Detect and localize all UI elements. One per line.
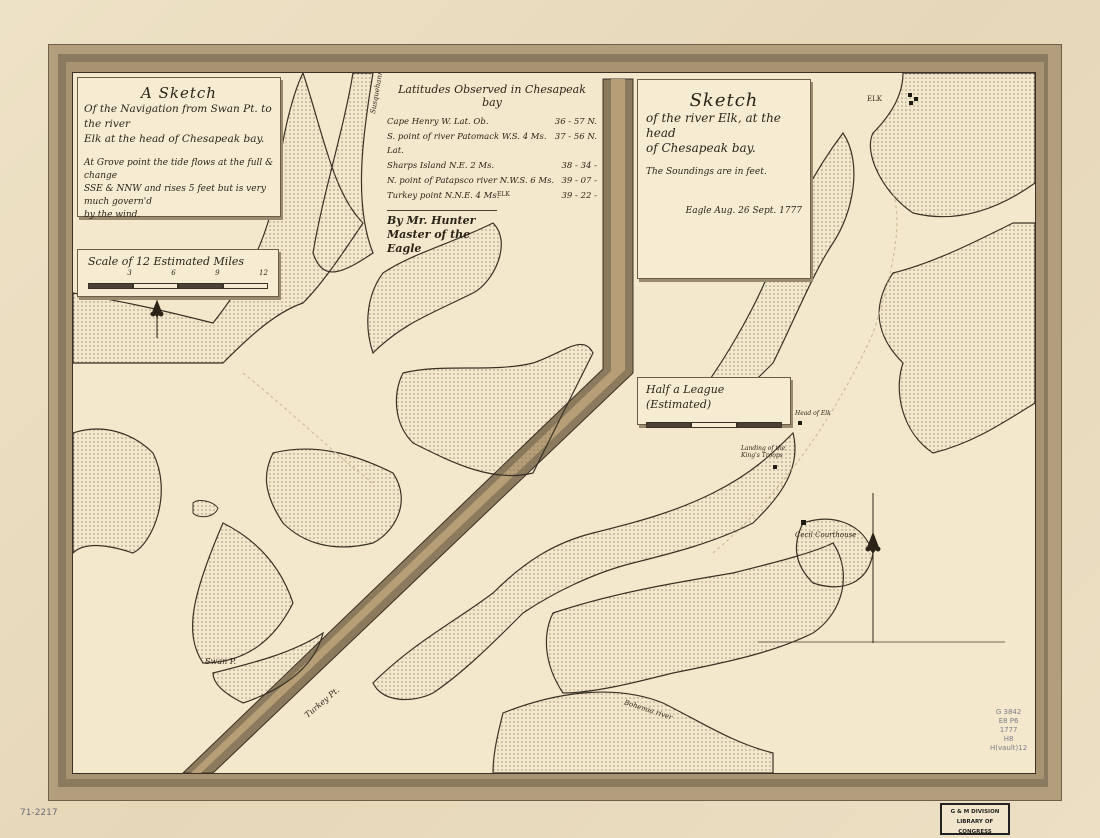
signature-2: Master of the Eagle [387, 228, 497, 256]
left-title: A Sketch [84, 84, 274, 102]
tide-note-2: SSE & NNW and rises 5 feet but is very m… [84, 183, 274, 209]
latitudes-title: Latitudes Observed in Chesapeak bay [387, 83, 597, 109]
tide-note-3: by the wind. [84, 209, 274, 222]
left-title-cartouche: A Sketch Of the Navigation from Swan Pt.… [77, 77, 281, 217]
left-subtitle-2: Elk at the head of Chesapeak bay. [84, 132, 274, 147]
library-stamp: G & M DIVISION LIBRARY OF CONGRESS [940, 803, 1010, 835]
call-number: 71-2217 [20, 808, 58, 818]
date-note: Eagle Aug. 26 Sept. 1777 [646, 205, 802, 218]
scale-ticks: 3 6 9 12 [88, 269, 268, 277]
left-scale-cartouche: Scale of 12 Estimated Miles 3 6 9 12 [77, 249, 279, 297]
label-cecil-courthouse: Cecil Courthouse [795, 531, 856, 539]
right-subtitle-1: of the river Elk, at the head [646, 111, 802, 141]
latitude-row: Turkey point N.N.E. 4 Ms.39 - 22 - [387, 189, 597, 204]
scale-bar [88, 283, 268, 288]
latitude-row: N. point of Patapsco river N.W.S. 6 Ms.3… [387, 174, 597, 189]
left-scale-title: Scale of 12 Estimated Miles [88, 254, 268, 269]
latitude-row: Cape Henry W. Lat. Ob.36 - 57 N. [387, 115, 597, 130]
latitudes-table: Latitudes Observed in Chesapeak bay Cape… [387, 83, 597, 256]
signature-1: By Mr. Hunter [387, 210, 497, 228]
map-area: A Sketch Of the Navigation from Swan Pt.… [72, 72, 1036, 774]
tide-note-1: At Grove point the tide flows at the ful… [84, 157, 274, 183]
pencil-catalog-notes: G 3842 E8 P6 1777 H8 H(vault)12 [990, 708, 1027, 753]
right-scale-title: Half a League (Estimated) [646, 382, 782, 412]
left-subtitle-1: Of the Navigation from Swan Pt. to the r… [84, 102, 274, 132]
label-landing: Landing of the King's Troops [741, 445, 801, 459]
label-elk: ELK [867, 95, 882, 103]
right-title-cartouche: Sketch of the river Elk, at the head of … [637, 79, 811, 279]
latitude-row: S. point of river Patomack W.S. 4 Ms. La… [387, 130, 597, 159]
label-head-of-elk: Head of Elk [795, 410, 831, 417]
right-title: Sketch [646, 90, 802, 111]
label-elk-small: ELK [497, 191, 510, 198]
latitude-row: Sharps Island N.E. 2 Ms.38 - 34 - [387, 159, 597, 174]
half-league-scale-bar [646, 422, 782, 427]
right-subtitle-2: of Chesapeak bay. [646, 141, 802, 156]
label-swan-point: Swan P. [205, 657, 236, 666]
right-scale-cartouche: Half a League (Estimated) [637, 377, 791, 425]
soundings-note: The Soundings are in feet. [646, 166, 802, 179]
